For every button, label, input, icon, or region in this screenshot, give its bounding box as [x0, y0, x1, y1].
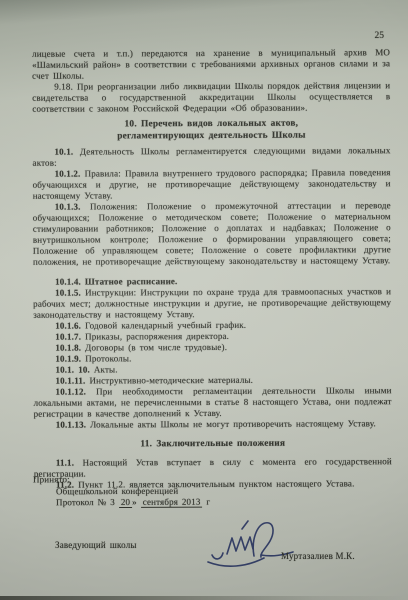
protocol-day: 20: [119, 497, 132, 508]
protocol-line: Протокол № 3 20» сентября 2013 г: [56, 497, 210, 509]
document-body: лицевые счета и т.п.) передаются на хран…: [32, 47, 392, 490]
list-item: 10.1.2. Правила: Правила внутреннего тру…: [33, 167, 391, 202]
list-item: 10.1.13. Локальные акты Школы не могут п…: [34, 418, 392, 431]
list-item: 10.1. Деятельность Школы регламентируетс…: [32, 145, 390, 169]
adopted-by: Общешкольной конференцией: [56, 485, 210, 497]
protocol-prefix: Протокол № 3: [56, 497, 119, 507]
section-11-heading: 11. Заключительные положения: [34, 438, 392, 451]
section-10-heading: 10. Перечень видов локальных актов,регла…: [32, 118, 390, 143]
list-item: 10.1.12. При необходимости регламентации…: [34, 385, 392, 420]
section-10-heading-line2: регламентирующих деятельность Школы: [117, 130, 305, 141]
scanned-page: 25 лицевые счета и т.п.) передаются на х…: [0, 0, 408, 600]
protocol-quote: »: [132, 497, 141, 507]
list-item: 10.1.3. Положения: Положение о промежуто…: [33, 200, 391, 268]
list-item: 10.1.5. Инструкции: Инструкции по охране…: [33, 286, 391, 321]
section-10-heading-line1: 10. Перечень видов локальных актов,: [125, 119, 299, 130]
page-number: 25: [375, 31, 385, 41]
paragraph-continuation: лицевые счета и т.п.) передаются на хран…: [32, 47, 390, 82]
signatory-name: Муртазалиев М.К.: [281, 551, 355, 561]
adopted-label: Принято:: [33, 474, 210, 486]
section-10-items: 10.1. Деятельность Школы регламентируетс…: [32, 145, 391, 431]
paragraph-9-18: 9.18. При реорганизации либо ликвидации …: [32, 80, 390, 115]
adoption-block: Принято: Общешкольной конференцией Прото…: [33, 474, 210, 509]
scan-bottom-edge: [0, 596, 408, 600]
signatory-title: Заведующий школы: [55, 540, 137, 550]
protocol-month-year: сентября 2013: [141, 497, 203, 508]
handwritten-signature: [205, 510, 315, 572]
protocol-suffix: г: [202, 497, 210, 507]
